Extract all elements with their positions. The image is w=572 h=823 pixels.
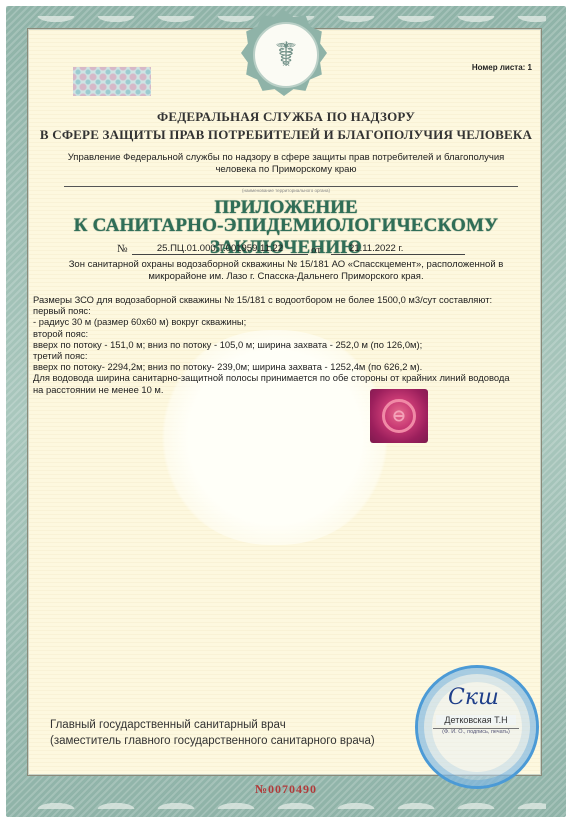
department-line2: человека по Приморскому краю [60, 164, 512, 176]
document-content: ФЕДЕРАЛЬНАЯ СЛУЖБА ПО НАДЗОРУ В СФЕРЕ ЗА… [0, 0, 572, 823]
body-text: Размеры ЗСО для водозаборной скважины № … [33, 294, 543, 395]
body-line: на расстоянии не менее 10 м. [33, 384, 543, 395]
signer-caption: (Ф. И. О., подпись, печать) [433, 728, 519, 735]
subject-line2: микрорайоне им. Лазо г. Спасска-Дальнего… [30, 271, 542, 283]
subject: Зон санитарной охраны водозаборной скваж… [30, 259, 542, 283]
subject-line1: Зон санитарной охраны водозаборной скваж… [30, 259, 542, 271]
hologram-emblem-icon: ⊖ [382, 399, 416, 433]
body-line: - радиус 30 м (размер 60х60 м) вокруг ск… [33, 316, 543, 327]
body-line: вверх по потоку- 2294,2м; вниз по потоку… [33, 361, 543, 372]
reference-number: 25.ПЦ.01.000.Т.001959.11.22 [132, 243, 308, 255]
hologram-sticker: ⊖ [370, 389, 428, 443]
signer-title-line1: Главный государственный санитарный врач [50, 719, 286, 731]
divider-line [64, 186, 518, 187]
signer-title-line2: (заместитель главного государственного с… [50, 735, 375, 747]
body-line: Для водовода ширина санитарно-защитной п… [33, 372, 543, 383]
body-line: первый пояс: [33, 305, 543, 316]
serial-number: №0070490 [0, 782, 572, 797]
rule-caption: (наименование территориального органа) [0, 188, 572, 193]
body-line: Размеры ЗСО для водозаборной скважины № … [33, 294, 543, 305]
reference-date: 21.11.2022 г. [331, 243, 465, 255]
reference-line: № 25.ПЦ.01.000.Т.001959.11.22 от 21.11.2… [0, 243, 572, 257]
official-stamp-icon [415, 665, 539, 789]
agency-name-line2: В СФЕРЕ ЗАЩИТЫ ПРАВ ПОТРЕБИТЕЛЕЙ И БЛАГО… [0, 127, 572, 143]
body-line: второй пояс: [33, 328, 543, 339]
signature: Скш [448, 685, 499, 710]
from-label: от [311, 244, 321, 256]
agency-name-line1: ФЕДЕРАЛЬНАЯ СЛУЖБА ПО НАДЗОРУ [0, 109, 572, 125]
body-line: третий пояс: [33, 350, 543, 361]
department-name: Управление Федеральной службы по надзору… [60, 152, 512, 176]
body-line: вверх по потоку - 151,0 м; вниз по поток… [33, 339, 543, 350]
number-sign: № [117, 243, 128, 255]
department-line1: Управление Федеральной службы по надзору… [60, 152, 512, 164]
signer-name: Детковская Т.Н [436, 715, 516, 725]
